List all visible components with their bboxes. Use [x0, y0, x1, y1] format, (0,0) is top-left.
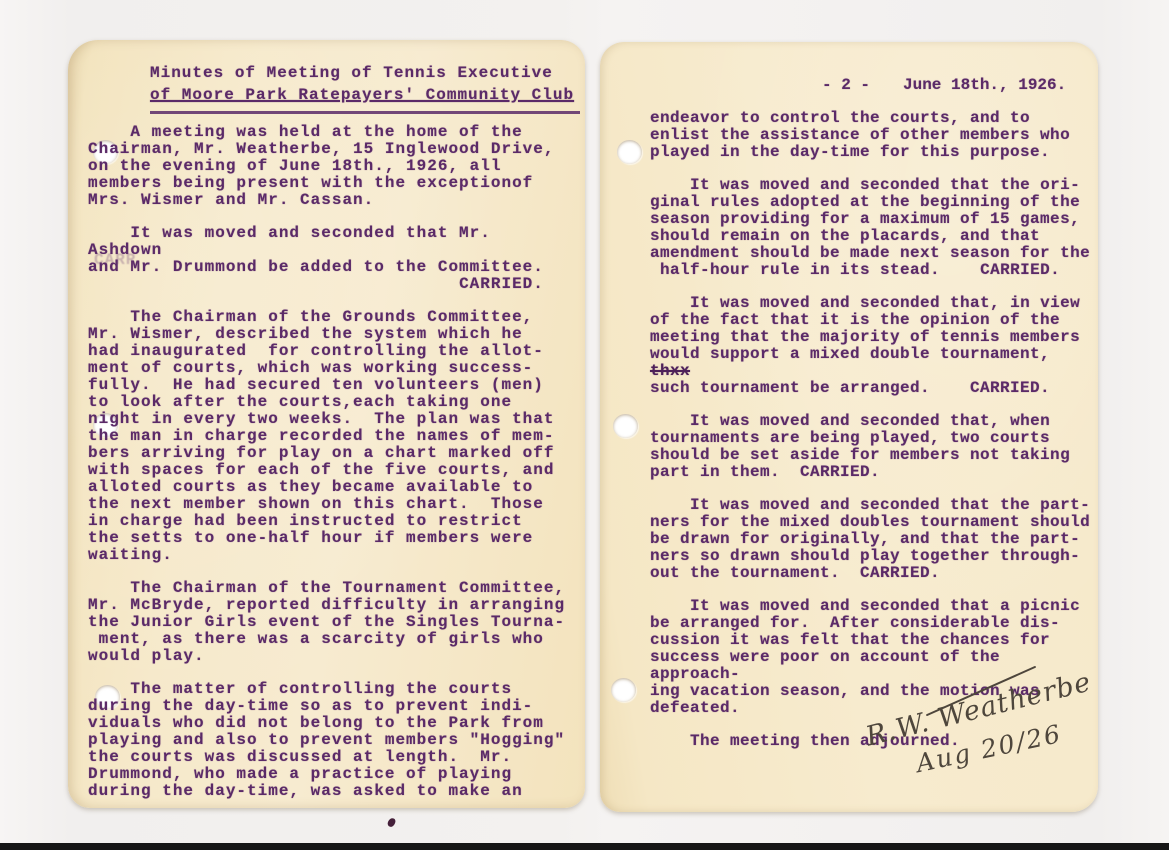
minutes-page-1: Minutes of Meeting of Tennis Executive o… [68, 40, 585, 808]
motion-text: such tournament be arranged. CARRIED. [650, 379, 1050, 397]
struck-out-text: thxx [650, 362, 690, 380]
ink-speck [387, 817, 397, 828]
minutes-paragraph: endeavor to control the courts, and to e… [650, 110, 1095, 161]
title-line-1: Minutes of Meeting of Tennis Executive [150, 62, 574, 84]
motion-text: It was moved and seconded that, in view … [650, 294, 1080, 363]
title-line-2: of Moore Park Ratepayers' Community Club [150, 84, 574, 106]
punch-hole [617, 140, 642, 164]
scanner-edge-bar [0, 843, 1169, 850]
page-1-text: Minutes of Meeting of Tennis Executive o… [88, 62, 566, 816]
page-date: June 18th., 1926. [903, 76, 1066, 94]
minutes-paragraph: The Chairman of the Tournament Committee… [88, 580, 566, 665]
minutes-paragraph: It was moved and seconded that, when tou… [650, 413, 1095, 481]
minutes-paragraph-with-strikeout: It was moved and seconded that, in view … [650, 295, 1095, 397]
punch-hole [613, 414, 638, 438]
minutes-page-2: - 2 - June 18th., 1926. endeavor to cont… [600, 42, 1098, 812]
minutes-paragraph: The matter of controlling the courts dur… [88, 681, 566, 800]
punch-hole [611, 678, 636, 702]
erased-carried-stamp: CARR [94, 251, 136, 269]
minutes-paragraph: It was moved and seconded that Mr. Ashdo… [88, 225, 566, 293]
page-number: - 2 - [822, 76, 870, 94]
minutes-paragraph: The Chairman of the Grounds Committee, M… [88, 309, 566, 564]
scanned-minutes-document: { "colors": { "typewriter_ink": "#5b2a68… [0, 0, 1169, 850]
document-title: Minutes of Meeting of Tennis Executive o… [150, 62, 580, 114]
minutes-paragraph: A meeting was held at the home of the Ch… [88, 124, 566, 209]
page-2-header: - 2 - June 18th., 1926. [600, 76, 1098, 96]
minutes-paragraph: It was moved and seconded that the ori- … [650, 177, 1095, 279]
signature: R.W. Weatherbe Aug 20/26 [855, 672, 1085, 812]
minutes-paragraph: It was moved and seconded that the part-… [650, 497, 1095, 582]
